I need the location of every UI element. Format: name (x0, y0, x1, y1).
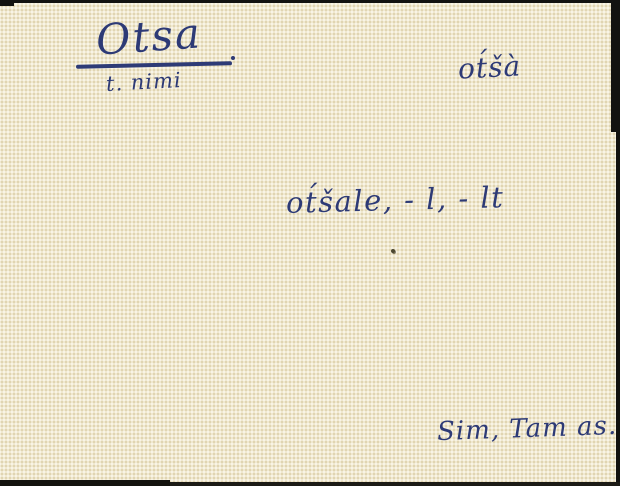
ink-speck (391, 249, 395, 253)
scan-edge-bottom-left (0, 480, 170, 486)
scan-edge-top-left (0, 0, 14, 6)
inflection-forms: ot́šale, - l, - lt (286, 183, 505, 218)
ink-dot (231, 56, 235, 60)
headword: Otsa (95, 12, 204, 61)
index-card: Otsa t. nimi ot́šà ot́šale, - l, - lt S… (0, 0, 620, 486)
phonetic-form: ot́šà (457, 52, 522, 83)
category-note: t. nimi (106, 70, 183, 95)
scan-edge-right-top (611, 0, 620, 132)
attestation-note: Sim, Tam as. (437, 413, 618, 445)
scan-edge-top (0, 0, 620, 3)
scanned-card-image: Otsa t. nimi ot́šà ot́šale, - l, - lt S… (0, 0, 620, 486)
